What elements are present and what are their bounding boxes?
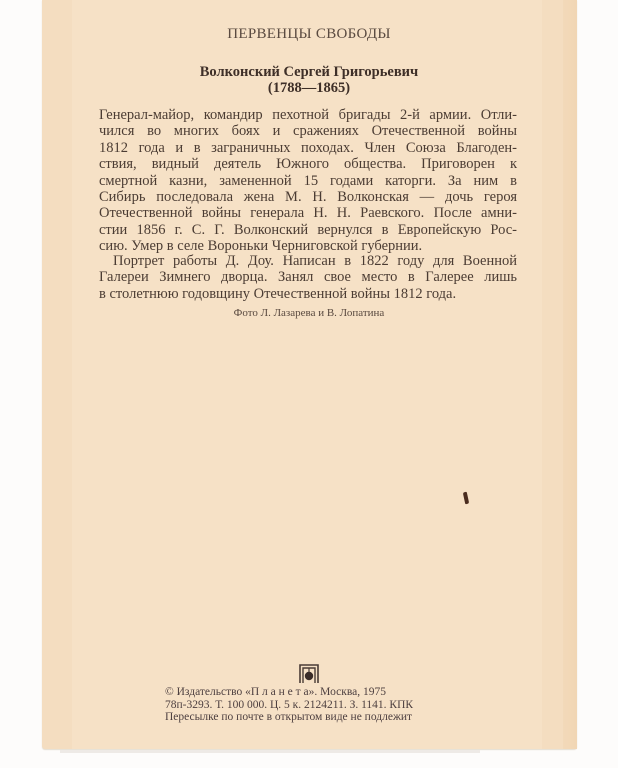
person-name: Волконский Сергей Григорьевич bbox=[0, 64, 618, 80]
portrait-line: Портрет работы Д. Доу. Написан в 1822 го… bbox=[99, 253, 517, 269]
person-heading: Волконский Сергей Григорьевич (1788—1865… bbox=[0, 64, 618, 96]
biography-line: стии 1856 г. С. Г. Волконский вернулся в… bbox=[99, 222, 517, 238]
series-title: ПЕРВЕНЦЫ СВОБОДЫ bbox=[0, 26, 618, 43]
biography-paragraph: Генерал-майор, командир пехотной бригады… bbox=[99, 107, 517, 255]
portrait-line: в столетнюю годовщину Отечественной войн… bbox=[99, 286, 517, 302]
planeta-logo-icon bbox=[298, 662, 320, 684]
photo-credit: Фото Л. Лазарева и В. Лопатина bbox=[0, 307, 618, 319]
biography-line: Сибирь последовала жена М. Н. Волконская… bbox=[99, 189, 517, 205]
publisher-imprint: © Издательство «П л а н е т а». Москва, … bbox=[165, 686, 413, 724]
biography-line: ствия, видный деятель Южного общества. П… bbox=[99, 156, 517, 172]
life-years: (1788—1865) bbox=[0, 80, 618, 96]
biography-line: чился во многих боях и сражениях Отечест… bbox=[99, 123, 517, 139]
card-content: ПЕРВЕНЦЫ СВОБОДЫ Волконский Сергей Григо… bbox=[0, 0, 618, 768]
ink-spot bbox=[463, 492, 469, 505]
biography-line: смертной казни, замененной 15 годами кат… bbox=[99, 173, 517, 189]
biography-line: Отечественной войны генерала Н. Н. Раевс… bbox=[99, 205, 517, 221]
biography-line: 1812 года и в заграничных походах. Член … bbox=[99, 140, 517, 156]
portrait-paragraph: Портрет работы Д. Доу. Написан в 1822 го… bbox=[99, 253, 517, 302]
mail-notice-line: Пересылке по почте в открытом виде не по… bbox=[165, 711, 413, 724]
print-info-line: 78п-3293. Т. 100 000. Ц. 5 к. 2124211. З… bbox=[165, 699, 413, 712]
portrait-line: Галереи Зимнего дворца. Занял свое место… bbox=[99, 269, 517, 285]
biography-line: Генерал-майор, командир пехотной бригады… bbox=[99, 107, 517, 123]
copyright-line: © Издательство «П л а н е т а». Москва, … bbox=[165, 686, 413, 699]
